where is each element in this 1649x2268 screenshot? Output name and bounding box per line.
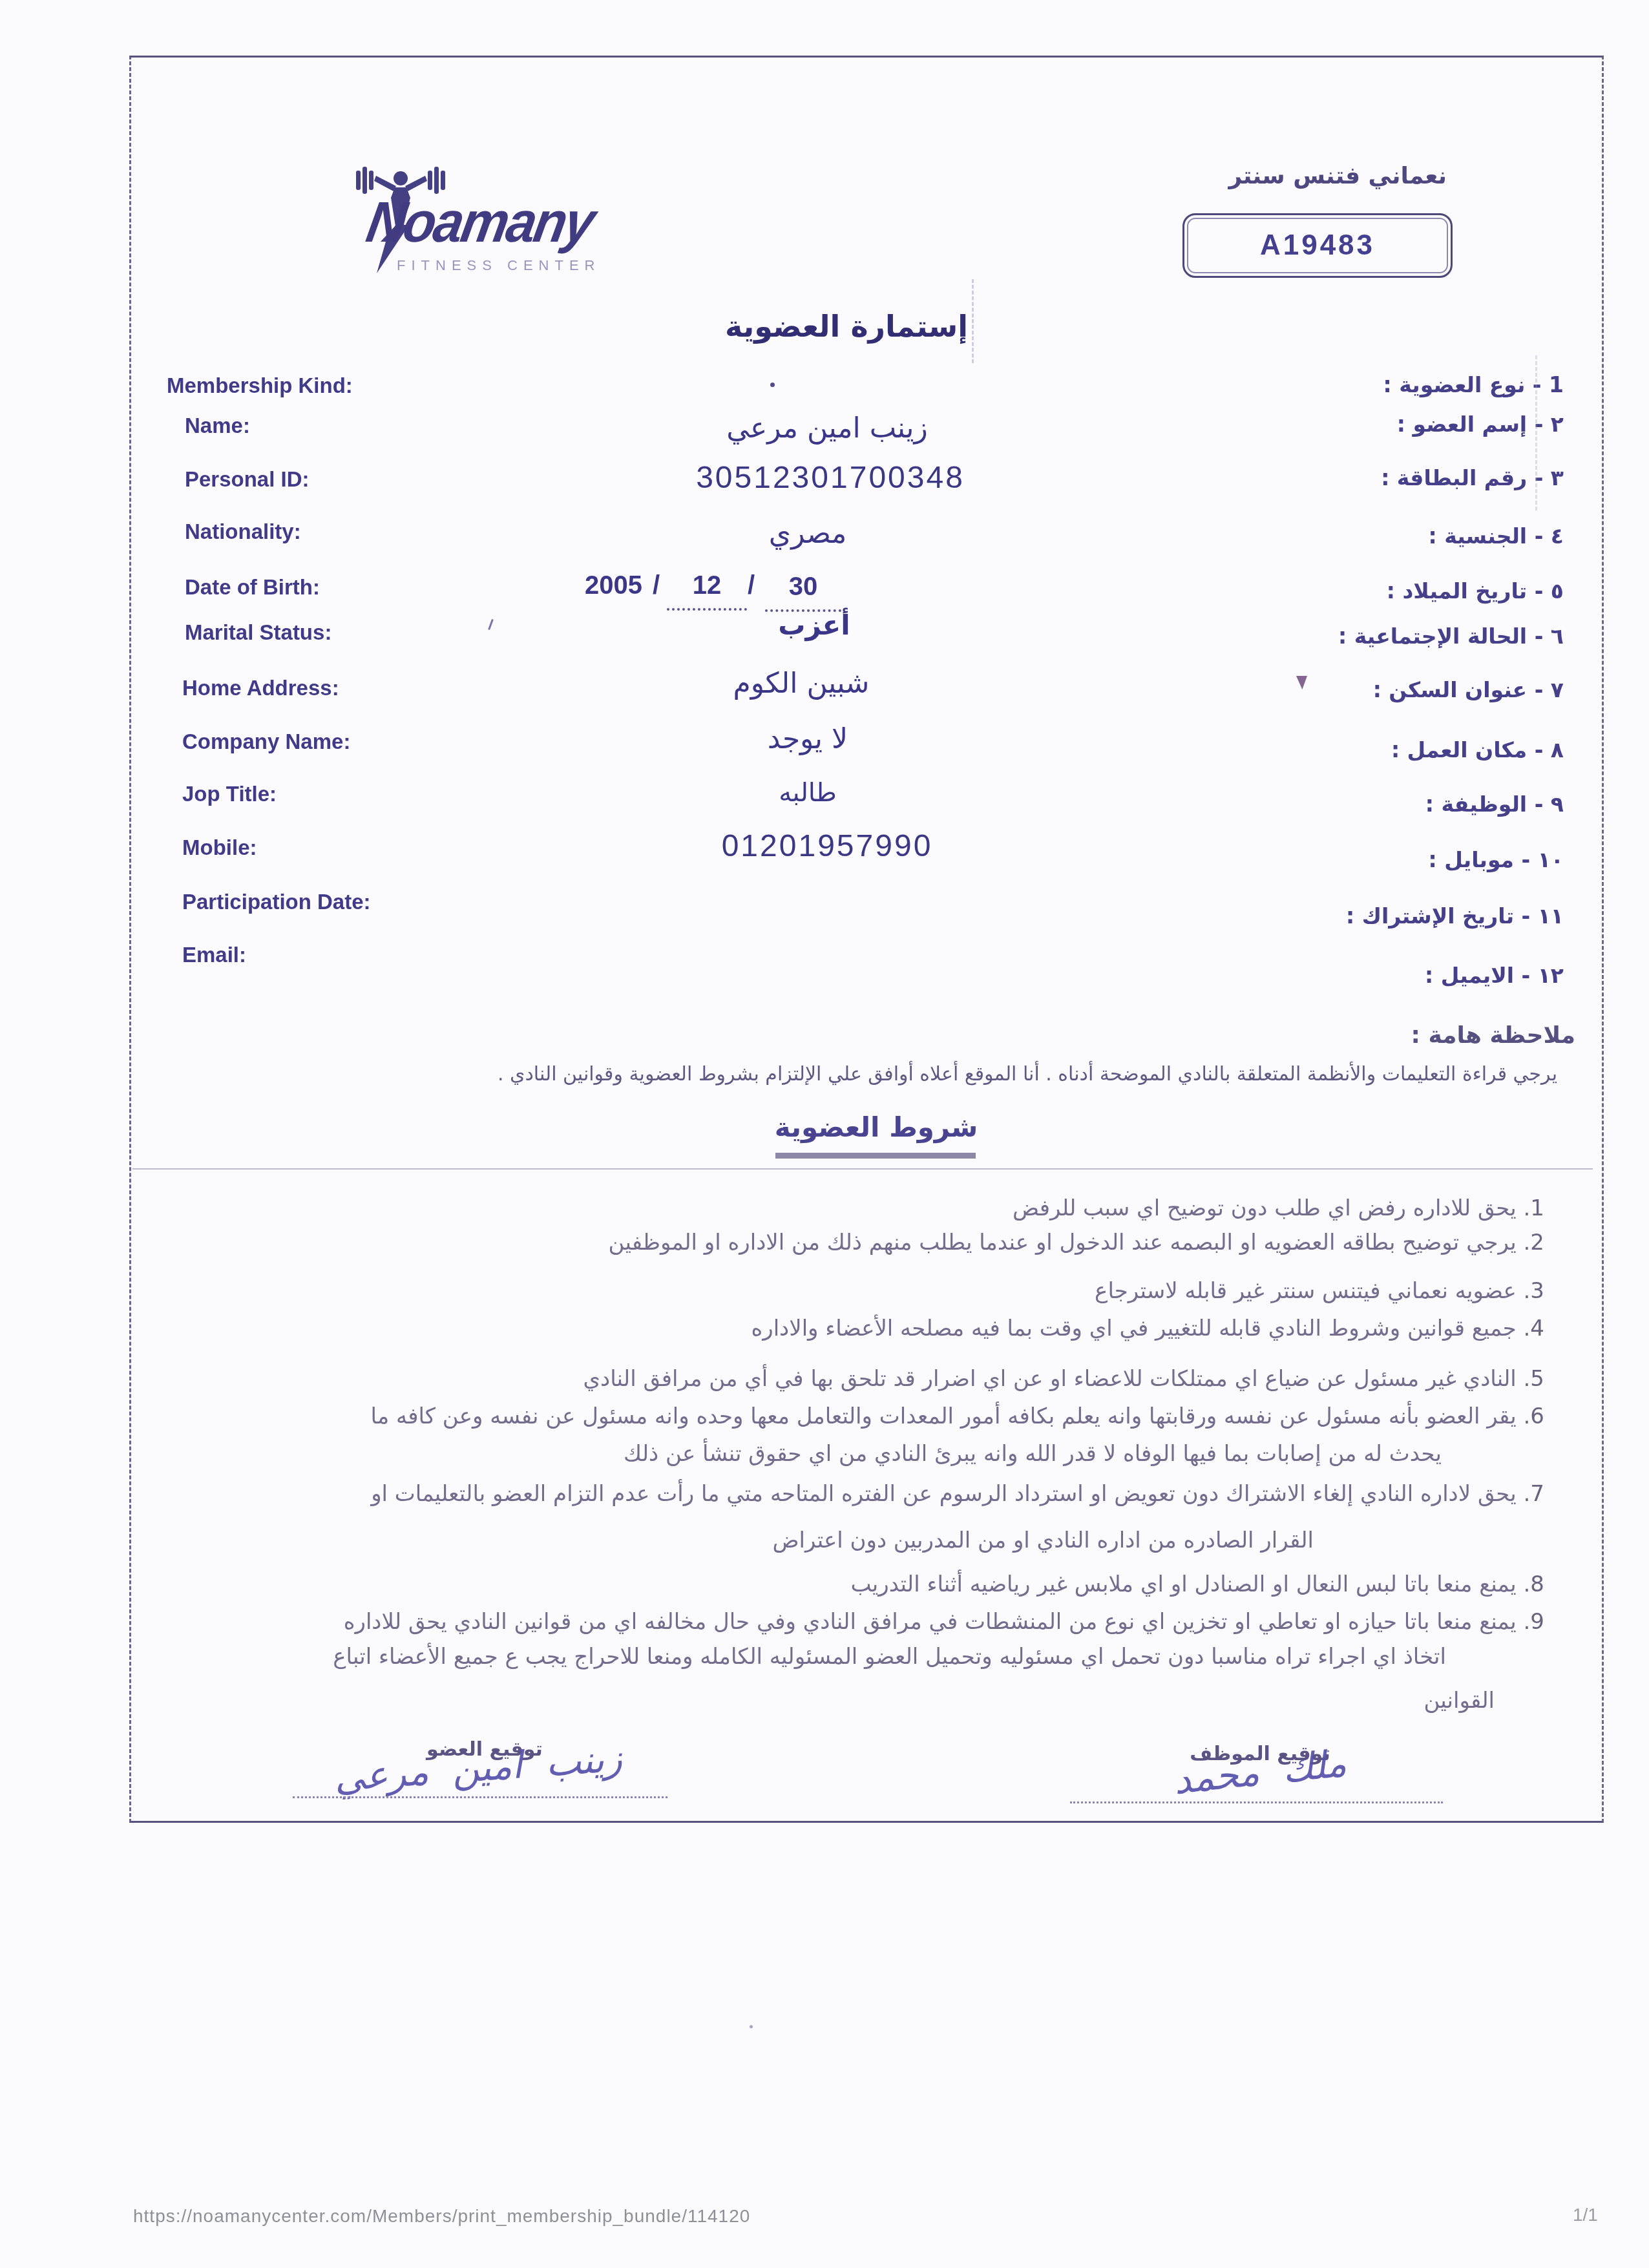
term-number: 3. (1524, 1278, 1544, 1304)
important-note-heading: ملاحظة هامة : (1411, 1022, 1575, 1049)
term-item-9-cont-1: اتخاذ اي اجراء تراه مناسبا دون تحمل اي م… (333, 1644, 1446, 1670)
term-text: اتخاذ اي اجراء تراه مناسبا دون تحمل اي م… (333, 1644, 1446, 1670)
term-number: 9. (1524, 1609, 1544, 1635)
member-signature-line (293, 1769, 667, 1798)
label-ar-email: ١٢ - الايميل : (1425, 963, 1564, 988)
ink-dot-artifact (750, 2025, 753, 2028)
label-ar-subscription-date: ١١ - تاريخ الإشتراك : (1346, 903, 1564, 929)
term-number: 6. (1524, 1403, 1544, 1429)
label-ar-work-place: ٨ - مكان العمل : (1391, 737, 1564, 762)
scanned-membership-form: Noamany FITNESS CENTER نعماني فتنس سنتر … (0, 0, 1649, 2268)
value-jop-title: طالبه (678, 778, 937, 808)
label-ar-job: ٩ - الوظيفة : (1425, 792, 1564, 817)
label-ar-marital-status: ٦ - الحالة الإجتماعية : (1338, 624, 1564, 649)
label-ar-birth-date: ٥ - تاريخ الميلاد : (1387, 578, 1564, 604)
label-ar-member-name: ٢ - إسم العضو : (1397, 412, 1564, 437)
term-text: عضويه نعماني فيتنس سنتر غير قابله لاسترج… (1095, 1278, 1517, 1304)
label-membership-kind: Membership Kind: (167, 373, 353, 398)
label-participation-date: Participation Date: (182, 890, 371, 914)
value-dob-day: 30 (765, 572, 841, 612)
term-item-6: 6. يقر العضو بأنه مسئول عن نفسه ورقابتها… (371, 1403, 1544, 1429)
value-home-address: شبين الكوم (659, 667, 943, 700)
term-item-6-cont: يحدث له من إصابات بما فيها الوفاه لا قدر… (624, 1441, 1442, 1467)
label-ar-nationality: ٤ - الجنسية : (1428, 523, 1564, 549)
label-nationality: Nationality: (185, 520, 301, 544)
term-number: 7. (1524, 1481, 1544, 1507)
footer-url: https://noamanycenter.com/Members/print_… (133, 2206, 750, 2227)
label-marital-status: Marital Status: (185, 620, 331, 645)
section-divider-line (132, 1168, 1593, 1170)
term-item-1: 1. يحق للاداره رفض اي طلب دون توضيح اي س… (1013, 1195, 1544, 1221)
term-number: 1. (1524, 1195, 1544, 1221)
terms-heading: شروط العضوية (773, 1111, 980, 1143)
terms-heading-underline (775, 1153, 976, 1159)
label-date-of-birth: Date of Birth: (185, 575, 320, 600)
employee-signature-line (1070, 1774, 1443, 1803)
term-number: 2. (1524, 1230, 1544, 1255)
term-item-9-cont-2: القوانين (1423, 1688, 1495, 1714)
label-mobile: Mobile: (182, 835, 257, 860)
label-personal-id: Personal ID: (185, 467, 310, 492)
term-item-3: 3. عضويه نعماني فيتنس سنتر غير قابله لاس… (1095, 1278, 1544, 1304)
label-ar-home-address: ٧ - عنوان السكن : (1373, 677, 1564, 702)
brand-name-arabic: نعماني فتنس سنتر (1228, 163, 1447, 189)
term-item-4: 4. جميع قوانين وشروط النادي قابله للتغيي… (751, 1316, 1544, 1341)
term-item-5: 5. النادي غير مسئول عن ضياع اي ممتلكات ل… (583, 1366, 1544, 1392)
page-title: إستمارة العضوية (685, 309, 1008, 344)
term-item-7: 7. يحق لاداره النادي إلغاء الاشتراك دون … (371, 1481, 1544, 1507)
member-code: A19483 (1260, 229, 1375, 262)
term-item-9: 9. يمنع منعا باتا حيازه او تعاطي او تخزي… (344, 1609, 1544, 1635)
term-text: النادي غير مسئول عن ضياع اي ممتلكات للاع… (583, 1366, 1516, 1392)
label-home-address: Home Address: (182, 676, 339, 700)
label-name: Name: (185, 414, 250, 438)
term-text: القرار الصادره من اداره النادي او من الم… (772, 1528, 1314, 1553)
value-mobile: 01201957990 (659, 828, 995, 864)
term-number: 4. (1524, 1316, 1544, 1341)
term-item-8: 8. يمنع منعا باتا لبس النعال او الصنادل … (850, 1571, 1544, 1597)
scan-fold-artifact (1535, 355, 1537, 510)
term-number: 8. (1524, 1571, 1544, 1597)
value-company-name: لا يوجد (678, 722, 937, 755)
term-text: يحق للاداره رفض اي طلب دون توضيح اي سبب … (1013, 1195, 1517, 1221)
term-text: يمنع منعا باتا لبس النعال او الصنادل او … (850, 1571, 1516, 1597)
brand-wordmark: Noamany (362, 190, 598, 256)
label-jop-title: Jop Title: (182, 782, 277, 806)
label-email: Email: (182, 943, 246, 967)
value-personal-id: 30512301700348 (646, 460, 1014, 496)
term-text: جميع قوانين وشروط النادي قابله للتغيير ف… (751, 1316, 1516, 1341)
ink-dot-artifact (770, 383, 775, 387)
brand-subtitle: FITNESS CENTER (397, 257, 600, 274)
term-text: القوانين (1423, 1688, 1495, 1714)
value-marital-status: أعزب (698, 609, 930, 641)
important-note-body: يرجي قراءة التعليمات والأنظمة المتعلقة ب… (498, 1063, 1557, 1086)
footer-page-number: 1/1 (1573, 2205, 1598, 2225)
dob-slash-2: / (748, 571, 755, 600)
value-dob-year: 2005 (585, 571, 642, 600)
term-text: يقر العضو بأنه مسئول عن نفسه ورقابتها وا… (371, 1403, 1517, 1429)
term-text: يحدث له من إصابات بما فيها الوفاه لا قدر… (624, 1441, 1442, 1467)
value-dob-month: 12 (667, 571, 747, 611)
term-item-7-cont: القرار الصادره من اداره النادي او من الم… (772, 1528, 1314, 1553)
label-company-name: Company Name: (182, 730, 350, 754)
term-text: يمنع منعا باتا حيازه او تعاطي او تخزين ا… (344, 1609, 1517, 1635)
member-code-box: A19483 (1182, 213, 1453, 278)
term-item-2: 2. يرجي توضيح بطاقه العضويه او البصمه عن… (609, 1230, 1544, 1255)
scan-fold-artifact (972, 279, 974, 363)
term-text: يحق لاداره النادي إلغاء الاشتراك دون تعو… (371, 1481, 1517, 1507)
term-text: يرجي توضيح بطاقه العضويه او البصمه عند ا… (609, 1230, 1517, 1255)
value-name: زينب امين مرعي (646, 412, 1008, 445)
term-number: 5. (1524, 1366, 1544, 1392)
value-nationality: مصري (678, 517, 937, 550)
label-ar-mobile: ١٠ - موبايل : (1429, 847, 1564, 872)
dob-slash-1: / (653, 571, 660, 600)
